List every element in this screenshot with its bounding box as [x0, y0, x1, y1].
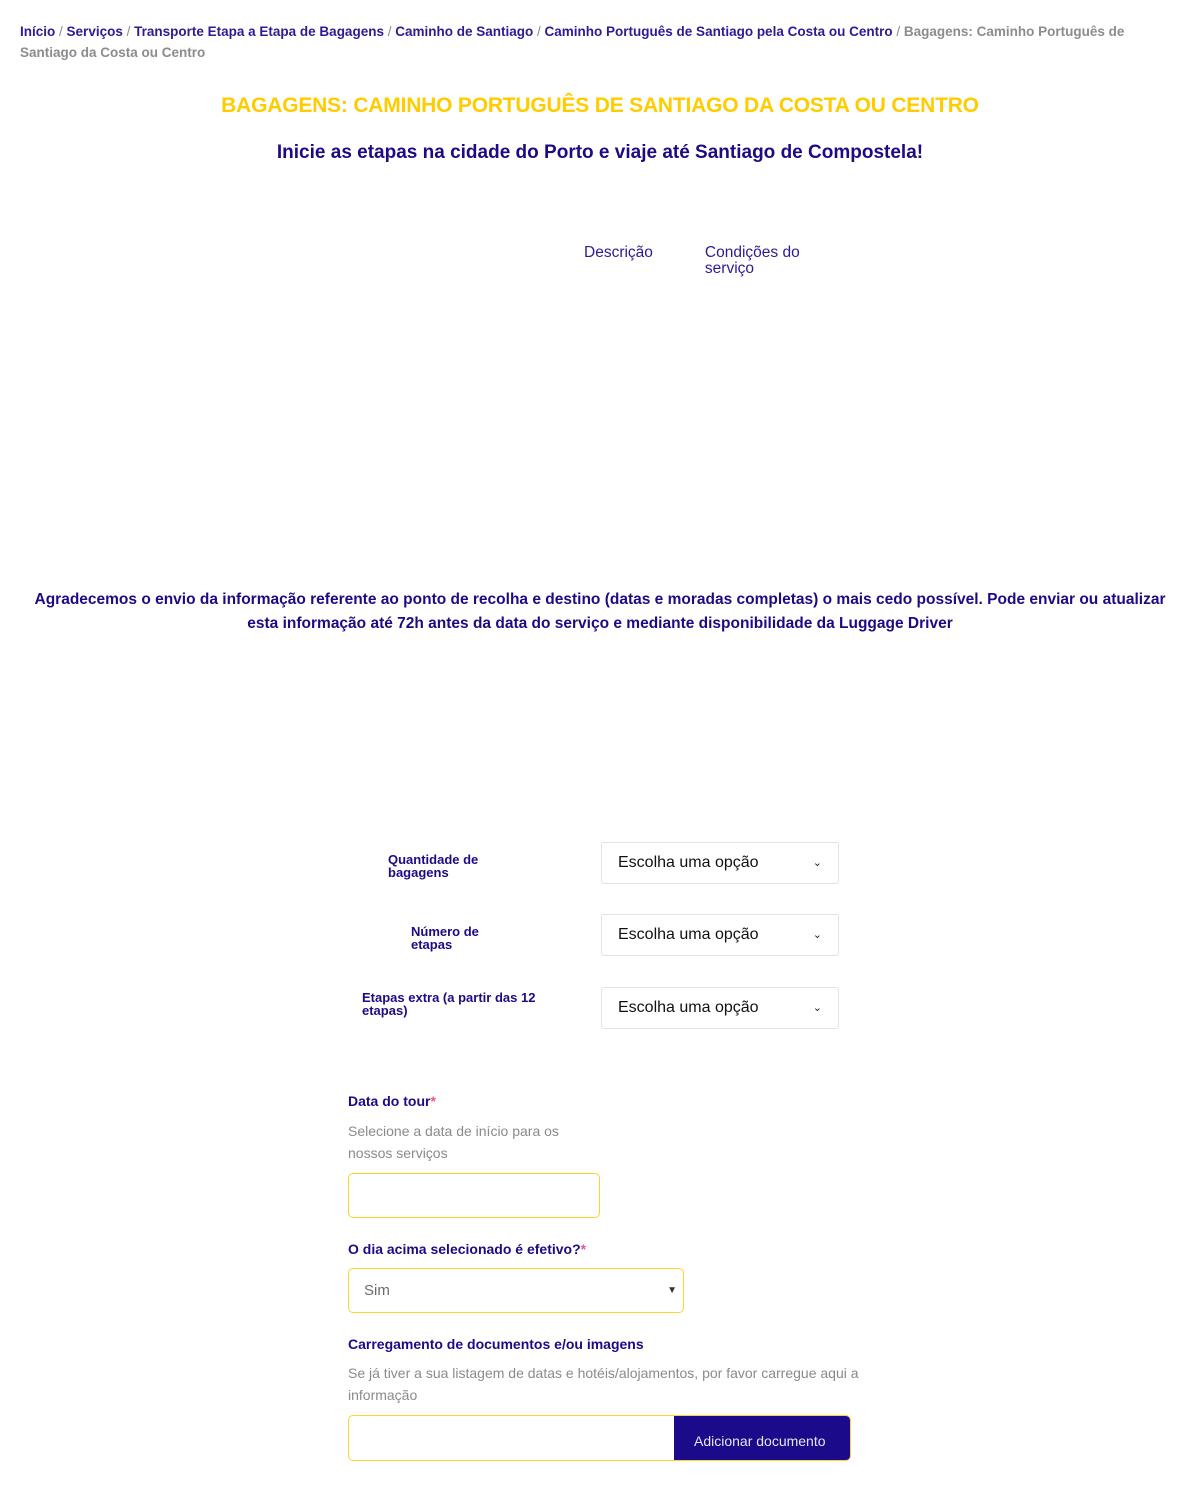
add-document-button[interactable]: Adicionar documento	[674, 1416, 850, 1461]
etapas-extra-select[interactable]: Escolha uma opção ⌄	[601, 987, 839, 1029]
required-mark: *	[581, 1241, 586, 1257]
effective-day-label-text: O dia acima selecionado é efetivo?	[348, 1241, 581, 1257]
effective-day-select[interactable]: Sim ▼	[348, 1268, 684, 1313]
select-value: Escolha uma opção	[618, 926, 759, 943]
product-tabs: Descrição Condições do serviço	[584, 245, 815, 277]
upload-label: Carregamento de documentos e/ou imagens	[348, 1336, 644, 1352]
breadcrumb-separator: /	[127, 24, 135, 39]
option-quantidade-bagagens: Quantidade de bagagens Escolha uma opção…	[340, 842, 840, 884]
breadcrumb: Início / Serviços / Transporte Etapa a E…	[20, 21, 1170, 63]
page-subtitle: Inicie as etapas na cidade do Porto e vi…	[0, 142, 1200, 164]
file-upload-field[interactable]: Adicionar documento	[348, 1415, 851, 1461]
chevron-down-icon: ⌄	[813, 843, 822, 883]
option-label: Etapas extra (a partir das 12 etapas)	[362, 991, 572, 1017]
breadcrumb-separator: /	[59, 24, 67, 39]
select-value: Sim	[364, 1282, 390, 1299]
page-title: BAGAGENS: CAMINHO PORTUGUÊS DE SANTIAGO …	[0, 94, 1200, 118]
breadcrumb-link-transporte[interactable]: Transporte Etapa a Etapa de Bagagens	[134, 24, 384, 39]
option-etapas-extra: Etapas extra (a partir das 12 etapas) Es…	[340, 987, 840, 1029]
tab-descricao[interactable]: Descrição	[584, 245, 653, 277]
tour-date-label: Data do tour*	[348, 1093, 436, 1109]
tour-date-help: Selecione a data de início para os nosso…	[348, 1120, 588, 1164]
select-arrow-icon: ▼	[667, 1269, 677, 1312]
tour-date-input[interactable]	[348, 1173, 600, 1218]
breadcrumb-link-caminho-portugues[interactable]: Caminho Português de Santiago pela Costa…	[545, 24, 893, 39]
select-value: Escolha uma opção	[618, 999, 759, 1016]
effective-day-label: O dia acima selecionado é efetivo?*	[348, 1241, 586, 1257]
option-label: Número de etapas	[411, 925, 501, 951]
breadcrumb-link-caminho-santiago[interactable]: Caminho de Santiago	[395, 24, 533, 39]
chevron-down-icon: ⌄	[813, 915, 822, 955]
option-numero-etapas: Número de etapas Escolha uma opção ⌄	[340, 914, 840, 956]
breadcrumb-separator: /	[537, 24, 545, 39]
upload-help: Se já tiver a sua listagem de datas e ho…	[348, 1362, 868, 1406]
tour-date-label-text: Data do tour	[348, 1093, 430, 1109]
breadcrumb-link-inicio[interactable]: Início	[20, 24, 55, 39]
numero-etapas-select[interactable]: Escolha uma opção ⌄	[601, 914, 839, 956]
breadcrumb-link-servicos[interactable]: Serviços	[67, 24, 123, 39]
required-mark: *	[430, 1093, 435, 1109]
option-label: Quantidade de bagagens	[388, 853, 508, 879]
chevron-down-icon: ⌄	[813, 988, 822, 1028]
info-notice: Agradecemos o envio da informação refere…	[20, 588, 1180, 636]
breadcrumb-separator: /	[896, 24, 904, 39]
tab-condicoes-servico[interactable]: Condições do serviço	[705, 245, 815, 277]
quantidade-bagagens-select[interactable]: Escolha uma opção ⌄	[601, 842, 839, 884]
select-value: Escolha uma opção	[618, 854, 759, 871]
